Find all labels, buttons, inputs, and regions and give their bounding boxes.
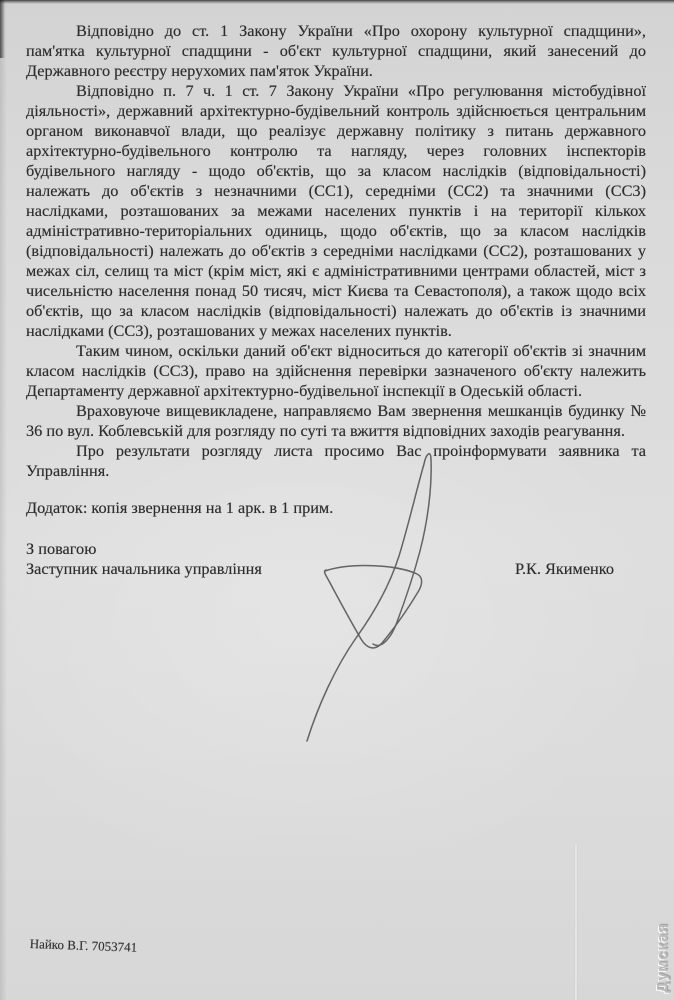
scan-edge-left-top [0, 0, 5, 58]
attachment-note: Додаток: копія звернення на 1 арк. в 1 п… [26, 498, 646, 518]
signature-line: Заступник начальника управління Р.К. Яки… [26, 559, 646, 579]
scan-edge-left [0, 0, 7, 1000]
paragraph-conclusion: Таким чином, оскільки даний об'єкт відно… [26, 341, 646, 401]
scan-edge-top [0, 0, 674, 4]
scanned-letter-page: Відповідно до ст. 1 Закону України «Про … [0, 0, 674, 1000]
closing-block: З повагою Заступник начальника управлінн… [26, 539, 646, 579]
paragraph-forwarding: Враховуюче вищевикладене, направляємо Ва… [26, 401, 646, 441]
signer-position: Заступник начальника управління [26, 559, 262, 579]
paragraph-building-control: Відповідно п. 7 ч. 1 ст. 7 Закону Україн… [26, 81, 646, 341]
paragraph-request-inform: Про результати розгляду листа просимо Ва… [26, 441, 646, 481]
salutation: З повагою [26, 539, 646, 559]
paper-crease [574, 845, 578, 1000]
paragraph-cultural-heritage: Відповідно до ст. 1 Закону України «Про … [26, 21, 646, 81]
executor-note: Найко В.Г. 7053741 [29, 936, 137, 956]
signer-name: Р.К. Якименко [515, 559, 614, 579]
letter-body: Відповідно до ст. 1 Закону України «Про … [26, 21, 646, 579]
watermark-dumskaya: Думская [654, 923, 671, 993]
